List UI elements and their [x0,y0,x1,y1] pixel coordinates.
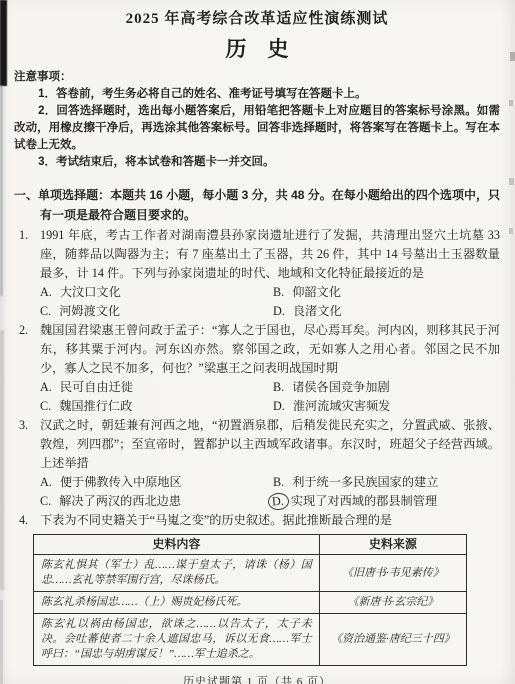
notice-item-2: 2．回答选择题时，选出每小题答案后，用铅笔把答题卡上对应题目的答案标号涂黑。如需… [14,103,500,154]
source-table: 史料内容 史料来源 陈玄礼惧其（军士）乱……谋于皇太子，请诛（杨）国忠……玄礼等… [33,534,467,666]
table-cell-source: 《新唐书·玄宗纪》 [319,592,466,614]
exam-title: 2025 年高考综合改革适应性演练测试 [14,8,500,30]
question-1-number: 1. [19,226,28,245]
answer-mark-circle: D. [267,492,289,510]
table-cell-content: 陈玄礼以祸由杨国忠，欲诛之……以告太子，太子未决。会吐蕃使者二十余人遮国忠马，诉… [34,614,320,666]
exam-paper-page: 2025 年高考综合改革适应性演练测试 历 史 注意事项： 1．答卷前，考生务必… [0,0,515,684]
option-1-c: C.河姆渡文化 [40,302,273,321]
question-1-options: A.大汶口文化 B.仰韶文化 C.河姆渡文化 D.良渚文化 [14,283,500,320]
question-1: 1.1991 年底，考古工作者对湖南澧县孙家岗遗址进行了发掘，共清理出竖穴土坑墓… [14,226,500,320]
option-2-b: B.诸侯各国竞争加剧 [273,378,390,397]
question-3-stem: 3.汉武之时，朝廷兼有河西之地，“初置酒泉郡，后稍发徙民充实之，分置武威、张掖、… [14,416,500,473]
option-3-b: B.利于统一多民族国家的建立 [273,473,438,492]
table-row: 陈玄礼以祸由杨国忠，欲诛之……以告太子，太子未决。会吐蕃使者二十余人遮国忠马，诉… [34,614,467,666]
question-3-number: 3. [19,416,28,435]
question-4: 4.下表为不同史籍关于“马嵬之变”的历史叙述。据此推断最合理的是 史料内容 史料… [14,511,500,666]
table-cell-content: 陈玄礼杀杨国忠……（上）赐贵妃杨氏死。 [34,592,320,614]
scan-artifact [509,228,513,234]
scan-artifact [509,178,514,185]
option-3-c: C.解决了两汉的西北边患 [40,492,273,511]
option-3-d: D.实现了对西域的郡县制管理 [273,492,437,511]
option-1-b: B.仰韶文化 [273,283,341,302]
question-2-number: 2. [19,321,28,340]
option-1-d: D.良渚文化 [273,302,342,321]
page-footer: 历史试题第 1 页（共 6 页） [14,673,500,684]
notice-item-3: 3．考试结束后，将本试卷和答题卡一并交回。 [14,154,500,171]
option-3-a: A.便于佛教传入中原地区 [40,473,273,492]
question-4-stem: 4.下表为不同史籍关于“马嵬之变”的历史叙述。据此推断最合理的是 [14,511,500,530]
notices-label: 注意事项： [14,69,500,86]
option-1-a: A.大汶口文化 [40,283,273,302]
section-heading: 一、单项选择题：本题共 16 小题，每小题 3 分，共 48 分。在每小题给出的… [14,185,500,225]
question-2-options: A.民可自由迁徙 B.诸侯各国竞争加剧 C.魏国推行仁政 D.淮河流域灾害频发 [14,378,500,415]
table-cell-content: 陈玄礼惧其（军士）乱……谋于皇太子，请诛（杨）国忠……玄礼等禁军围行宫，尽诛杨氏… [34,555,320,592]
notice-item-1: 1．答卷前，考生务必将自己的姓名、准考证号填写在答题卡上。 [14,86,500,103]
question-2: 2.魏国国君梁惠王曾问政于孟子：“寡人之于国也，尽心焉耳矣。河内凶，则移其民于河… [14,321,500,415]
scan-artifact [0,330,4,590]
table-cell-source: 《旧唐书·韦见素传》 [319,555,466,592]
table-header-source: 史料来源 [319,535,466,555]
table-cell-source: 《资治通鉴·唐纪三十四》 [319,614,466,666]
table-header-content: 史料内容 [34,535,320,555]
scan-artifact [0,600,3,684]
table-header-row: 史料内容 史料来源 [34,535,467,555]
table-row: 陈玄礼杀杨国忠……（上）赐贵妃杨氏死。 《新唐书·玄宗纪》 [34,592,467,614]
question-3-options: A.便于佛教传入中原地区 B.利于统一多民族国家的建立 C.解决了两汉的西北边患… [14,473,500,510]
question-2-stem: 2.魏国国君梁惠王曾问政于孟子：“寡人之于国也，尽心焉耳矣。河内凶，则移其民于河… [14,321,500,378]
scan-artifact [0,86,3,296]
subject-title: 历 史 [14,33,500,65]
table-row: 陈玄礼惧其（军士）乱……谋于皇太子，请诛（杨）国忠……玄礼等禁军围行宫，尽诛杨氏… [34,555,467,592]
option-2-d: D.淮河流域灾害频发 [273,397,390,416]
option-2-c: C.魏国推行仁政 [40,397,273,416]
question-4-number: 4. [19,511,28,530]
scan-artifact [510,52,515,61]
question-1-stem: 1.1991 年底，考古工作者对湖南澧县孙家岗遗址进行了发掘，共清理出竖穴土坑墓… [14,226,500,283]
scan-artifact [0,0,7,86]
question-3: 3.汉武之时，朝廷兼有河西之地，“初置酒泉郡，后稍发徙民充实之，分置武威、张掖、… [14,416,500,510]
scan-artifact [509,100,513,106]
option-2-a: A.民可自由迁徙 [40,378,273,397]
notices-section: 注意事项： 1．答卷前，考生务必将自己的姓名、准考证号填写在答题卡上。 2．回答… [14,69,500,171]
